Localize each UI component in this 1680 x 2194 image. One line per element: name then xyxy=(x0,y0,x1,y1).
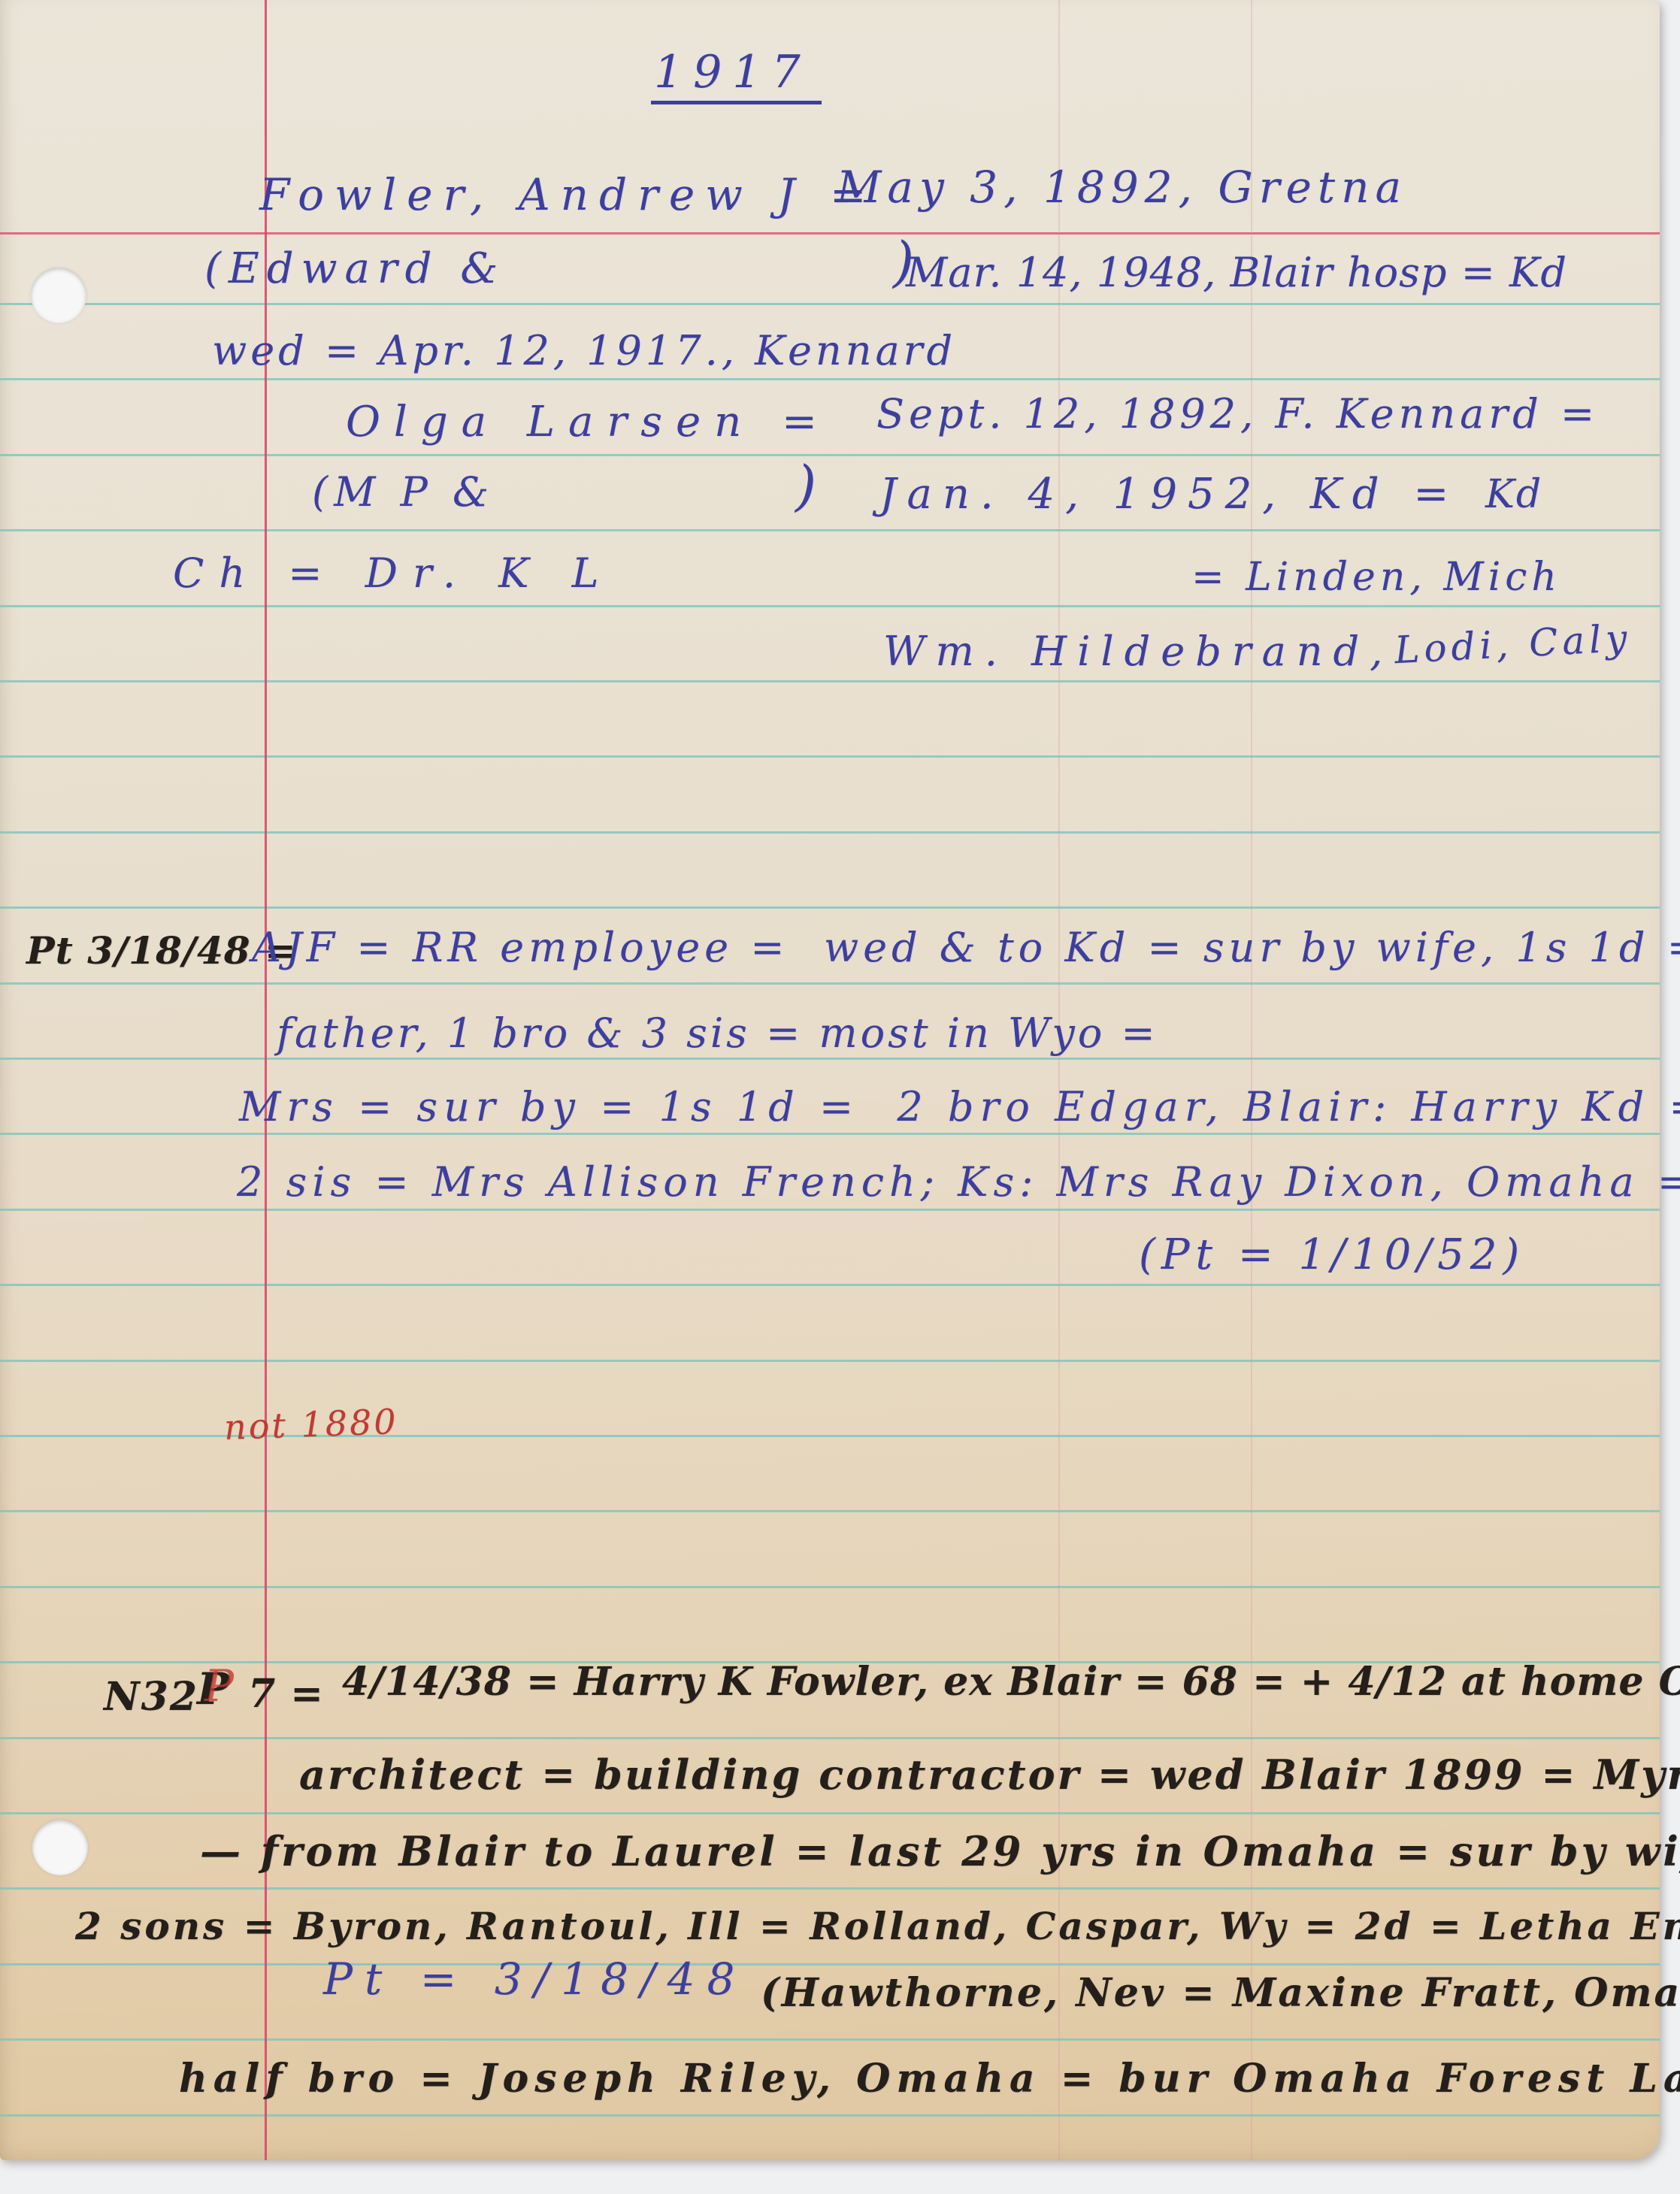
ruled-line xyxy=(0,2114,1660,2117)
handwritten-line: (Pt = 1/10/52) xyxy=(1139,1234,1525,1276)
handwritten-line: Olga Larsen = xyxy=(346,401,831,443)
handwritten-line: N32 xyxy=(104,1678,198,1717)
ruled-line xyxy=(0,2038,1660,2041)
handwritten-line: Wm. Hildebrand, xyxy=(883,631,1393,672)
ruled-line xyxy=(0,1284,1660,1286)
handwritten-line: wed = Apr. 12, 1917., Kennard xyxy=(212,331,956,371)
handwritten-line: 2 sis = Mrs Allison French; Ks: Mrs Ray … xyxy=(237,1162,1680,1203)
ruled-line xyxy=(0,1209,1660,1211)
handwritten-line: not 1880 xyxy=(223,1404,398,1445)
handwritten-line: 4/14/38 = Harry K Fowler, ex Blair = 68 … xyxy=(342,1663,1680,1702)
handwritten-line: (Hawthorne, Nev = Maxine Fratt, Omaha = xyxy=(761,1974,1680,2013)
ruled-line xyxy=(0,1887,1660,1890)
ruled-line xyxy=(0,680,1660,682)
handwritten-line: Lodi, Caly xyxy=(1394,619,1633,669)
ruled-line xyxy=(0,1586,1660,1588)
handwritten-line: Jan. 4, 1952, Kd = xyxy=(879,474,1459,516)
ruled-line xyxy=(0,529,1660,531)
handwritten-line: 7 = xyxy=(248,1675,324,1714)
handwritten-line: May 3, 1892, Gretna xyxy=(837,165,1407,209)
ruled-line xyxy=(0,1812,1660,1814)
ruled-line xyxy=(0,1963,1660,1966)
ruled-line xyxy=(0,1058,1660,1060)
ruled-line xyxy=(0,755,1660,758)
ledger-paper-page: 1917Fowler, Andrew J =May 3, 1892, Gretn… xyxy=(0,0,1660,2160)
hole-punch xyxy=(31,268,86,323)
handwritten-line: half bro = Joseph Riley, Omaha = bur Oma… xyxy=(179,2059,1680,2099)
handwritten-line: Pt = 3/18/48 xyxy=(323,1957,746,2001)
ruled-line xyxy=(0,982,1660,985)
ruled-line xyxy=(0,378,1660,380)
handwritten-line: Mrs = sur by = 1s 1d = 2 bro Edgar, Blai… xyxy=(239,1087,1680,1127)
handwritten-line: architect = building contractor = wed Bl… xyxy=(299,1754,1680,1795)
handwritten-line: (Edward & xyxy=(204,248,505,290)
handwritten-line: Ch = Dr. K L xyxy=(173,553,614,594)
handwritten-line: Mar. 14, 1948, Blair hosp = Kd xyxy=(906,253,1567,293)
ruled-line xyxy=(0,303,1660,305)
handwritten-line: AJF = RR employee = wed & to Kd = sur by… xyxy=(252,928,1680,968)
scanned-document: 1917Fowler, Andrew J =May 3, 1892, Gretn… xyxy=(0,0,1680,2194)
handwritten-line: Sept. 12, 1892, F. Kennard = xyxy=(876,394,1599,434)
handwritten-line: father, 1 bro & 3 sis = most in Wyo = xyxy=(277,1013,1158,1054)
handwritten-line: 2 sons = Byron, Rantoul, Ill = Rolland, … xyxy=(75,1908,1680,1945)
ruled-line xyxy=(0,1133,1660,1135)
handwritten-line: P xyxy=(204,1664,234,1708)
ruled-line xyxy=(0,1360,1660,1362)
page-year-heading: 1917 xyxy=(651,50,822,104)
handwritten-line: Kd xyxy=(1485,475,1542,514)
ruled-line xyxy=(0,605,1660,607)
handwritten-line: (M P & xyxy=(312,472,495,513)
hole-punch xyxy=(32,1820,88,1875)
handwritten-line: Fowler, Andrew J = xyxy=(259,173,877,216)
handwritten-line: — from Blair to Laurel = last 29 yrs in … xyxy=(200,1831,1680,1872)
ruled-line xyxy=(0,831,1660,834)
ruled-line xyxy=(0,906,1660,909)
ruled-line xyxy=(0,454,1660,456)
handwritten-line: = Linden, Mich xyxy=(1191,558,1561,597)
header-rule-line xyxy=(0,232,1660,235)
ruled-line xyxy=(0,1510,1660,1512)
ruled-line xyxy=(0,1737,1660,1739)
handwritten-line: ) xyxy=(795,458,816,513)
